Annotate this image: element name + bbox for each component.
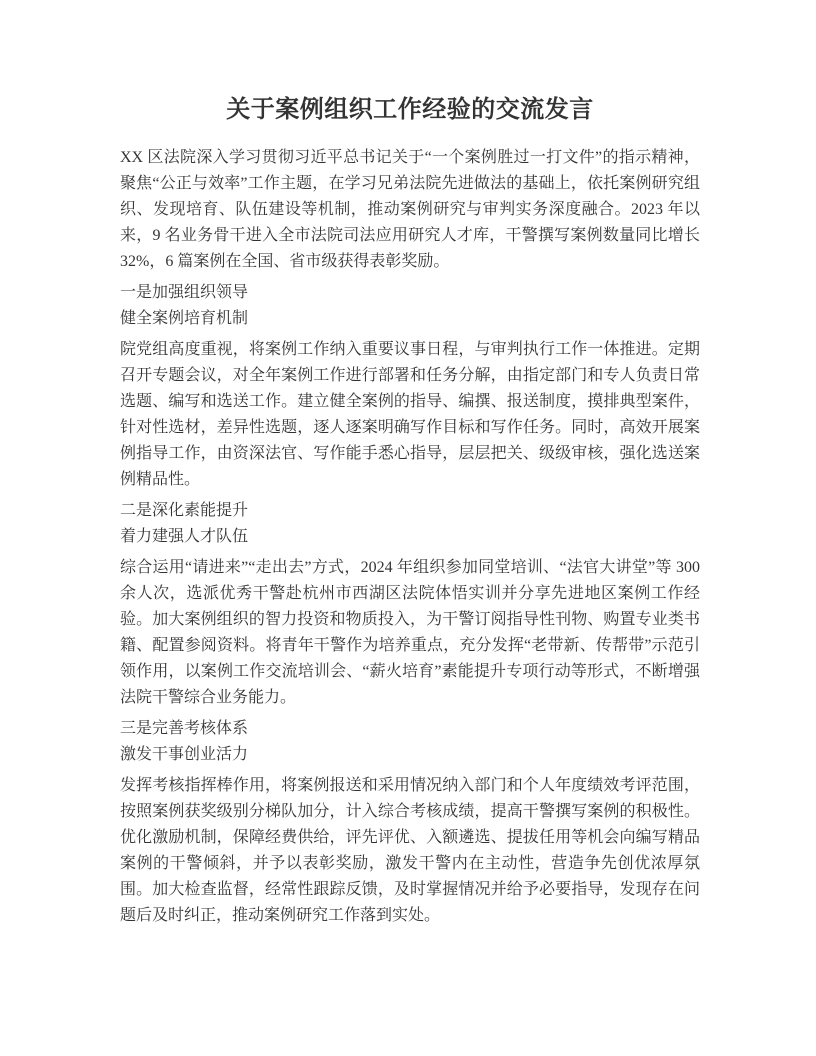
section-heading-3-line-2: 激发干事创业活力 [120,742,700,768]
paragraph-section-2: 综合运用“请进来”“走出去”方式，2024 年组织参加同堂培训、“法官大讲堂”等… [120,555,700,711]
paragraph-section-1: 院党组高度重视，将案例工作纳入重要议事日程，与审判执行工作一体推进。定期召开专题… [120,337,700,493]
document-page: 关于案例组织工作经验的交流发言 XX 区法院深入学习贯彻习近平总书记关于“一个案… [0,0,816,1056]
section-heading-3: 三是完善考核体系 激发干事创业活力 [120,716,700,768]
section-heading-1-line-1: 一是加强组织领导 [120,280,700,306]
section-heading-3-line-1: 三是完善考核体系 [120,716,700,742]
section-heading-2: 二是深化素能提升 着力建强人才队伍 [120,498,700,550]
paragraph-intro: XX 区法院深入学习贯彻习近平总书记关于“一个案例胜过一打文件”的指示精神，聚焦… [120,145,700,275]
document-title: 关于案例组织工作经验的交流发言 [120,96,700,124]
paragraph-section-3: 发挥考核指挥棒作用，将案例报送和采用情况纳入部门和个人年度绩效考评范围，按照案例… [120,773,700,929]
section-heading-1-line-2: 健全案例培育机制 [120,306,700,332]
section-heading-2-line-2: 着力建强人才队伍 [120,524,700,550]
section-heading-2-line-1: 二是深化素能提升 [120,498,700,524]
section-heading-1: 一是加强组织领导 健全案例培育机制 [120,280,700,332]
